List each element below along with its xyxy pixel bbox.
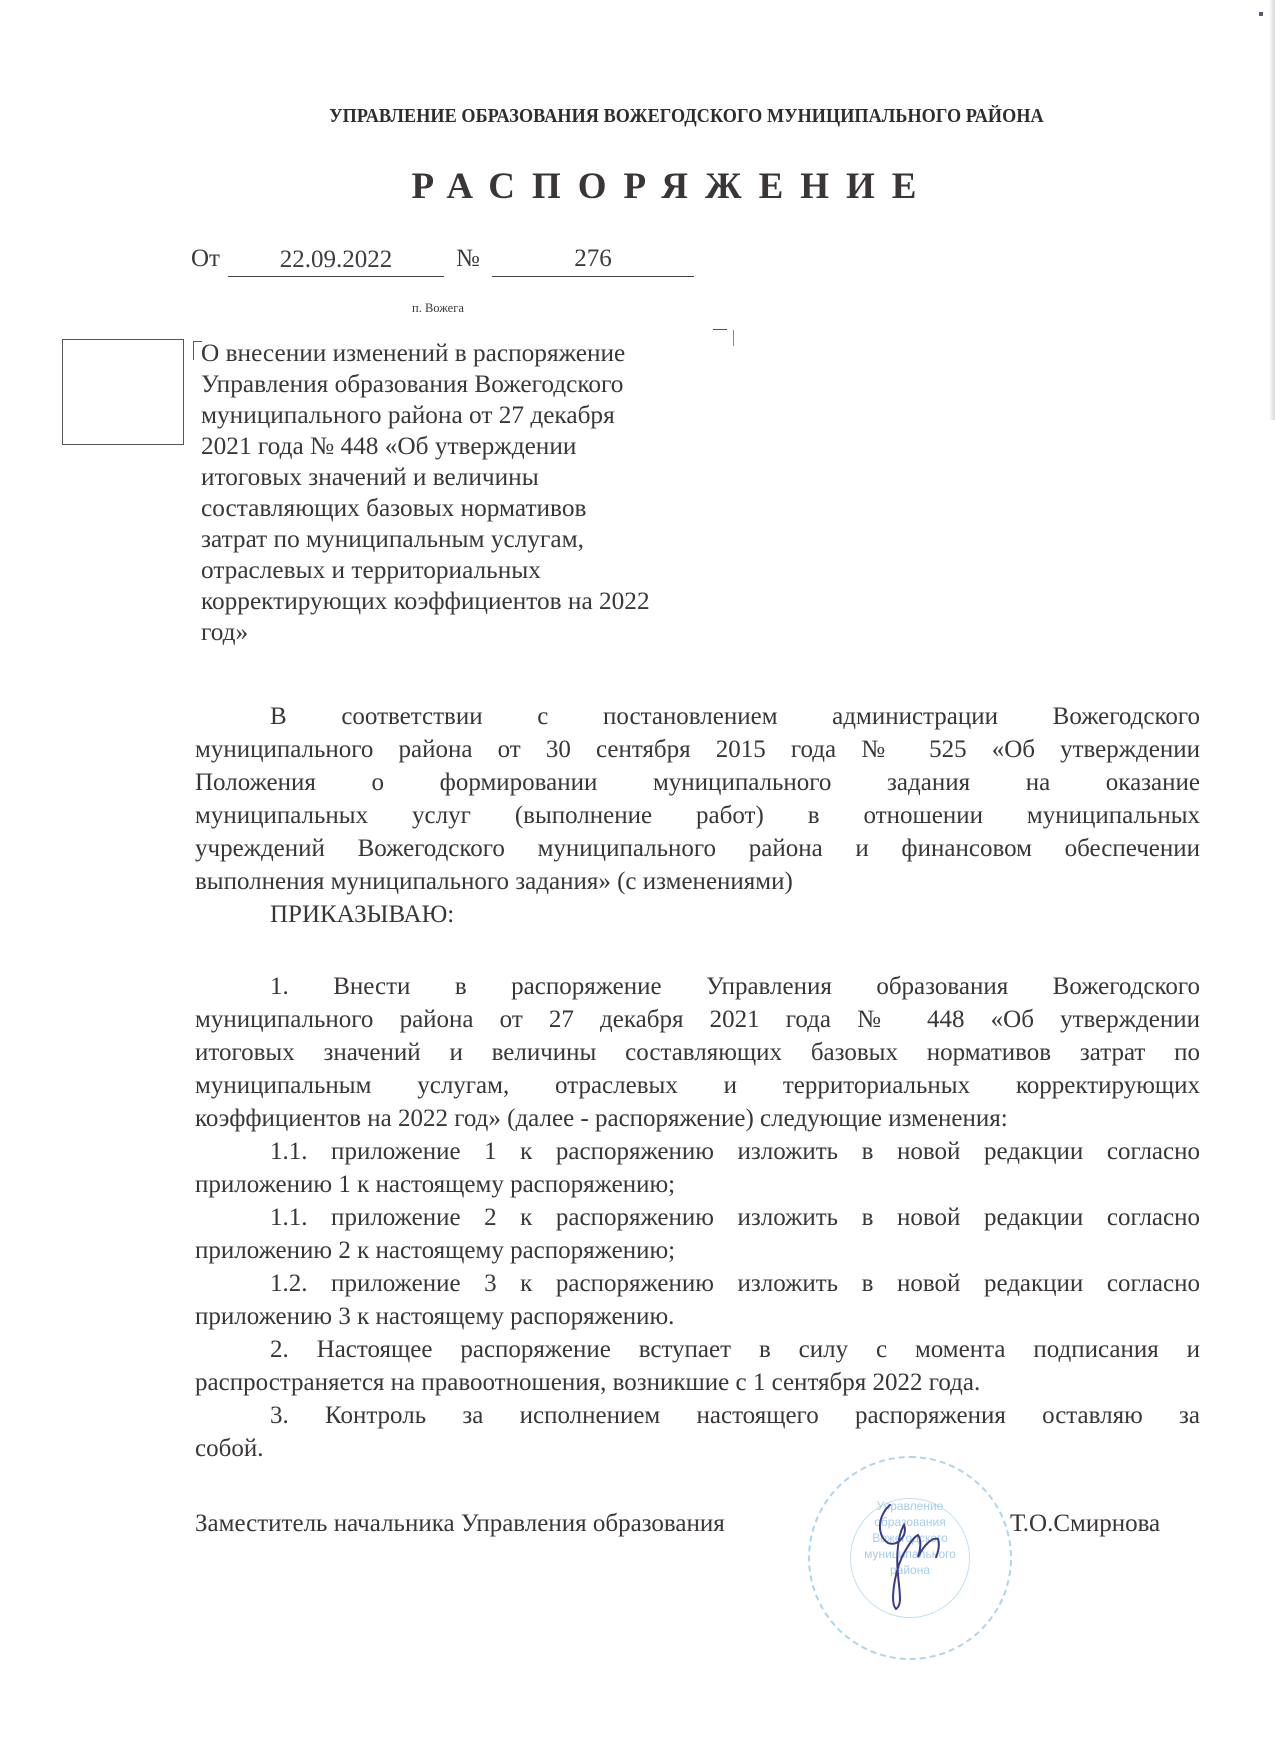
item-2-line: распространяется на правоотношения, возн… bbox=[195, 1366, 1200, 1399]
document-number: 276 bbox=[492, 246, 694, 277]
organization-header: УПРАВЛЕНИЕ ОБРАЗОВАНИЯ ВОЖЕГОДСКОГО МУНИ… bbox=[45, 106, 1275, 128]
item-3-line: собой. bbox=[195, 1432, 1200, 1465]
item-1: 1. Внести в распоряжение Управления обра… bbox=[195, 970, 1200, 1465]
item-1-1a-line: приложению 1 к настоящему распоряжению; bbox=[195, 1168, 1200, 1201]
item-3-line: 3. Контроль за исполнением настоящего ра… bbox=[195, 1399, 1200, 1432]
item-1-2-line: приложению 3 к настоящему распоряжению. bbox=[195, 1300, 1200, 1333]
preamble-line: муниципального района от 30 сентября 201… bbox=[195, 733, 1200, 766]
registration-box bbox=[62, 339, 184, 445]
item-1-2-line: 1.2. приложение 3 к распоряжению изложит… bbox=[195, 1267, 1200, 1300]
item-line: итоговых значений и величины составляющи… bbox=[195, 1036, 1200, 1069]
subject-line: затрат по муниципальным услугам, bbox=[201, 524, 741, 555]
subject-line: муниципального района от 27 декабря bbox=[201, 400, 741, 431]
preamble-line: Положения о формировании муниципального … bbox=[195, 766, 1200, 799]
handwritten-signature-icon bbox=[868, 1485, 968, 1615]
subject-line: 2021 года № 448 «Об утверждении bbox=[201, 431, 741, 462]
signatory-name: Т.О.Смирнова bbox=[1010, 1510, 1160, 1538]
number-label: № bbox=[456, 245, 480, 273]
item-1-1b-line: приложению 2 к настоящему распоряжению; bbox=[195, 1234, 1200, 1267]
subject-line: корректирующих коэффициентов на 2022 bbox=[201, 586, 741, 617]
subject-line: год» bbox=[201, 617, 741, 648]
document-subject: О внесении изменений в распоряжение Упра… bbox=[201, 338, 741, 648]
signatory-position: Заместитель начальника Управления образо… bbox=[195, 1510, 725, 1538]
item-line: коэффициентов на 2022 год» (далее - расп… bbox=[195, 1102, 1200, 1135]
preamble-line: В соответствии с постановлением админист… bbox=[195, 700, 1200, 733]
item-2-line: 2. Настоящее распоряжение вступает в сил… bbox=[195, 1333, 1200, 1366]
preamble-line: учреждений Вожегодского муниципального р… bbox=[195, 832, 1200, 865]
item-line: 1. Внести в распоряжение Управления обра… bbox=[195, 970, 1200, 1003]
preamble-line: муниципальных услуг (выполнение работ) в… bbox=[195, 799, 1200, 832]
subject-line: О внесении изменений в распоряжение bbox=[201, 338, 741, 369]
order-word: ПРИКАЗЫВАЮ: bbox=[195, 898, 1200, 931]
item-line: муниципального района от 27 декабря 2021… bbox=[195, 1003, 1200, 1036]
item-line: муниципальным услугам, отраслевых и терр… bbox=[195, 1069, 1200, 1102]
place-of-issue: п. Вожега bbox=[412, 301, 464, 316]
subject-line: отраслевых и территориальных bbox=[201, 555, 741, 586]
preamble-paragraph: В соответствии с постановлением админист… bbox=[195, 700, 1200, 931]
document-type-title: РАСПОРЯЖЕНИЕ bbox=[0, 165, 1275, 208]
preamble-line: выполнения муниципального задания» (с из… bbox=[195, 865, 1200, 898]
scan-artifact bbox=[1259, 12, 1263, 16]
scan-page-edge bbox=[1269, 0, 1275, 420]
item-1-1b-line: 1.1. приложение 2 к распоряжению изложит… bbox=[195, 1201, 1200, 1234]
subject-line: Управления образования Вожегодского bbox=[201, 369, 741, 400]
subject-line: итоговых значений и величины bbox=[201, 462, 741, 493]
document-date: 22.09.2022 bbox=[228, 246, 444, 277]
subject-line: составляющих базовых нормативов bbox=[201, 493, 741, 524]
item-1-1a-line: 1.1. приложение 1 к распоряжению изложит… bbox=[195, 1135, 1200, 1168]
from-label: От bbox=[191, 245, 220, 273]
